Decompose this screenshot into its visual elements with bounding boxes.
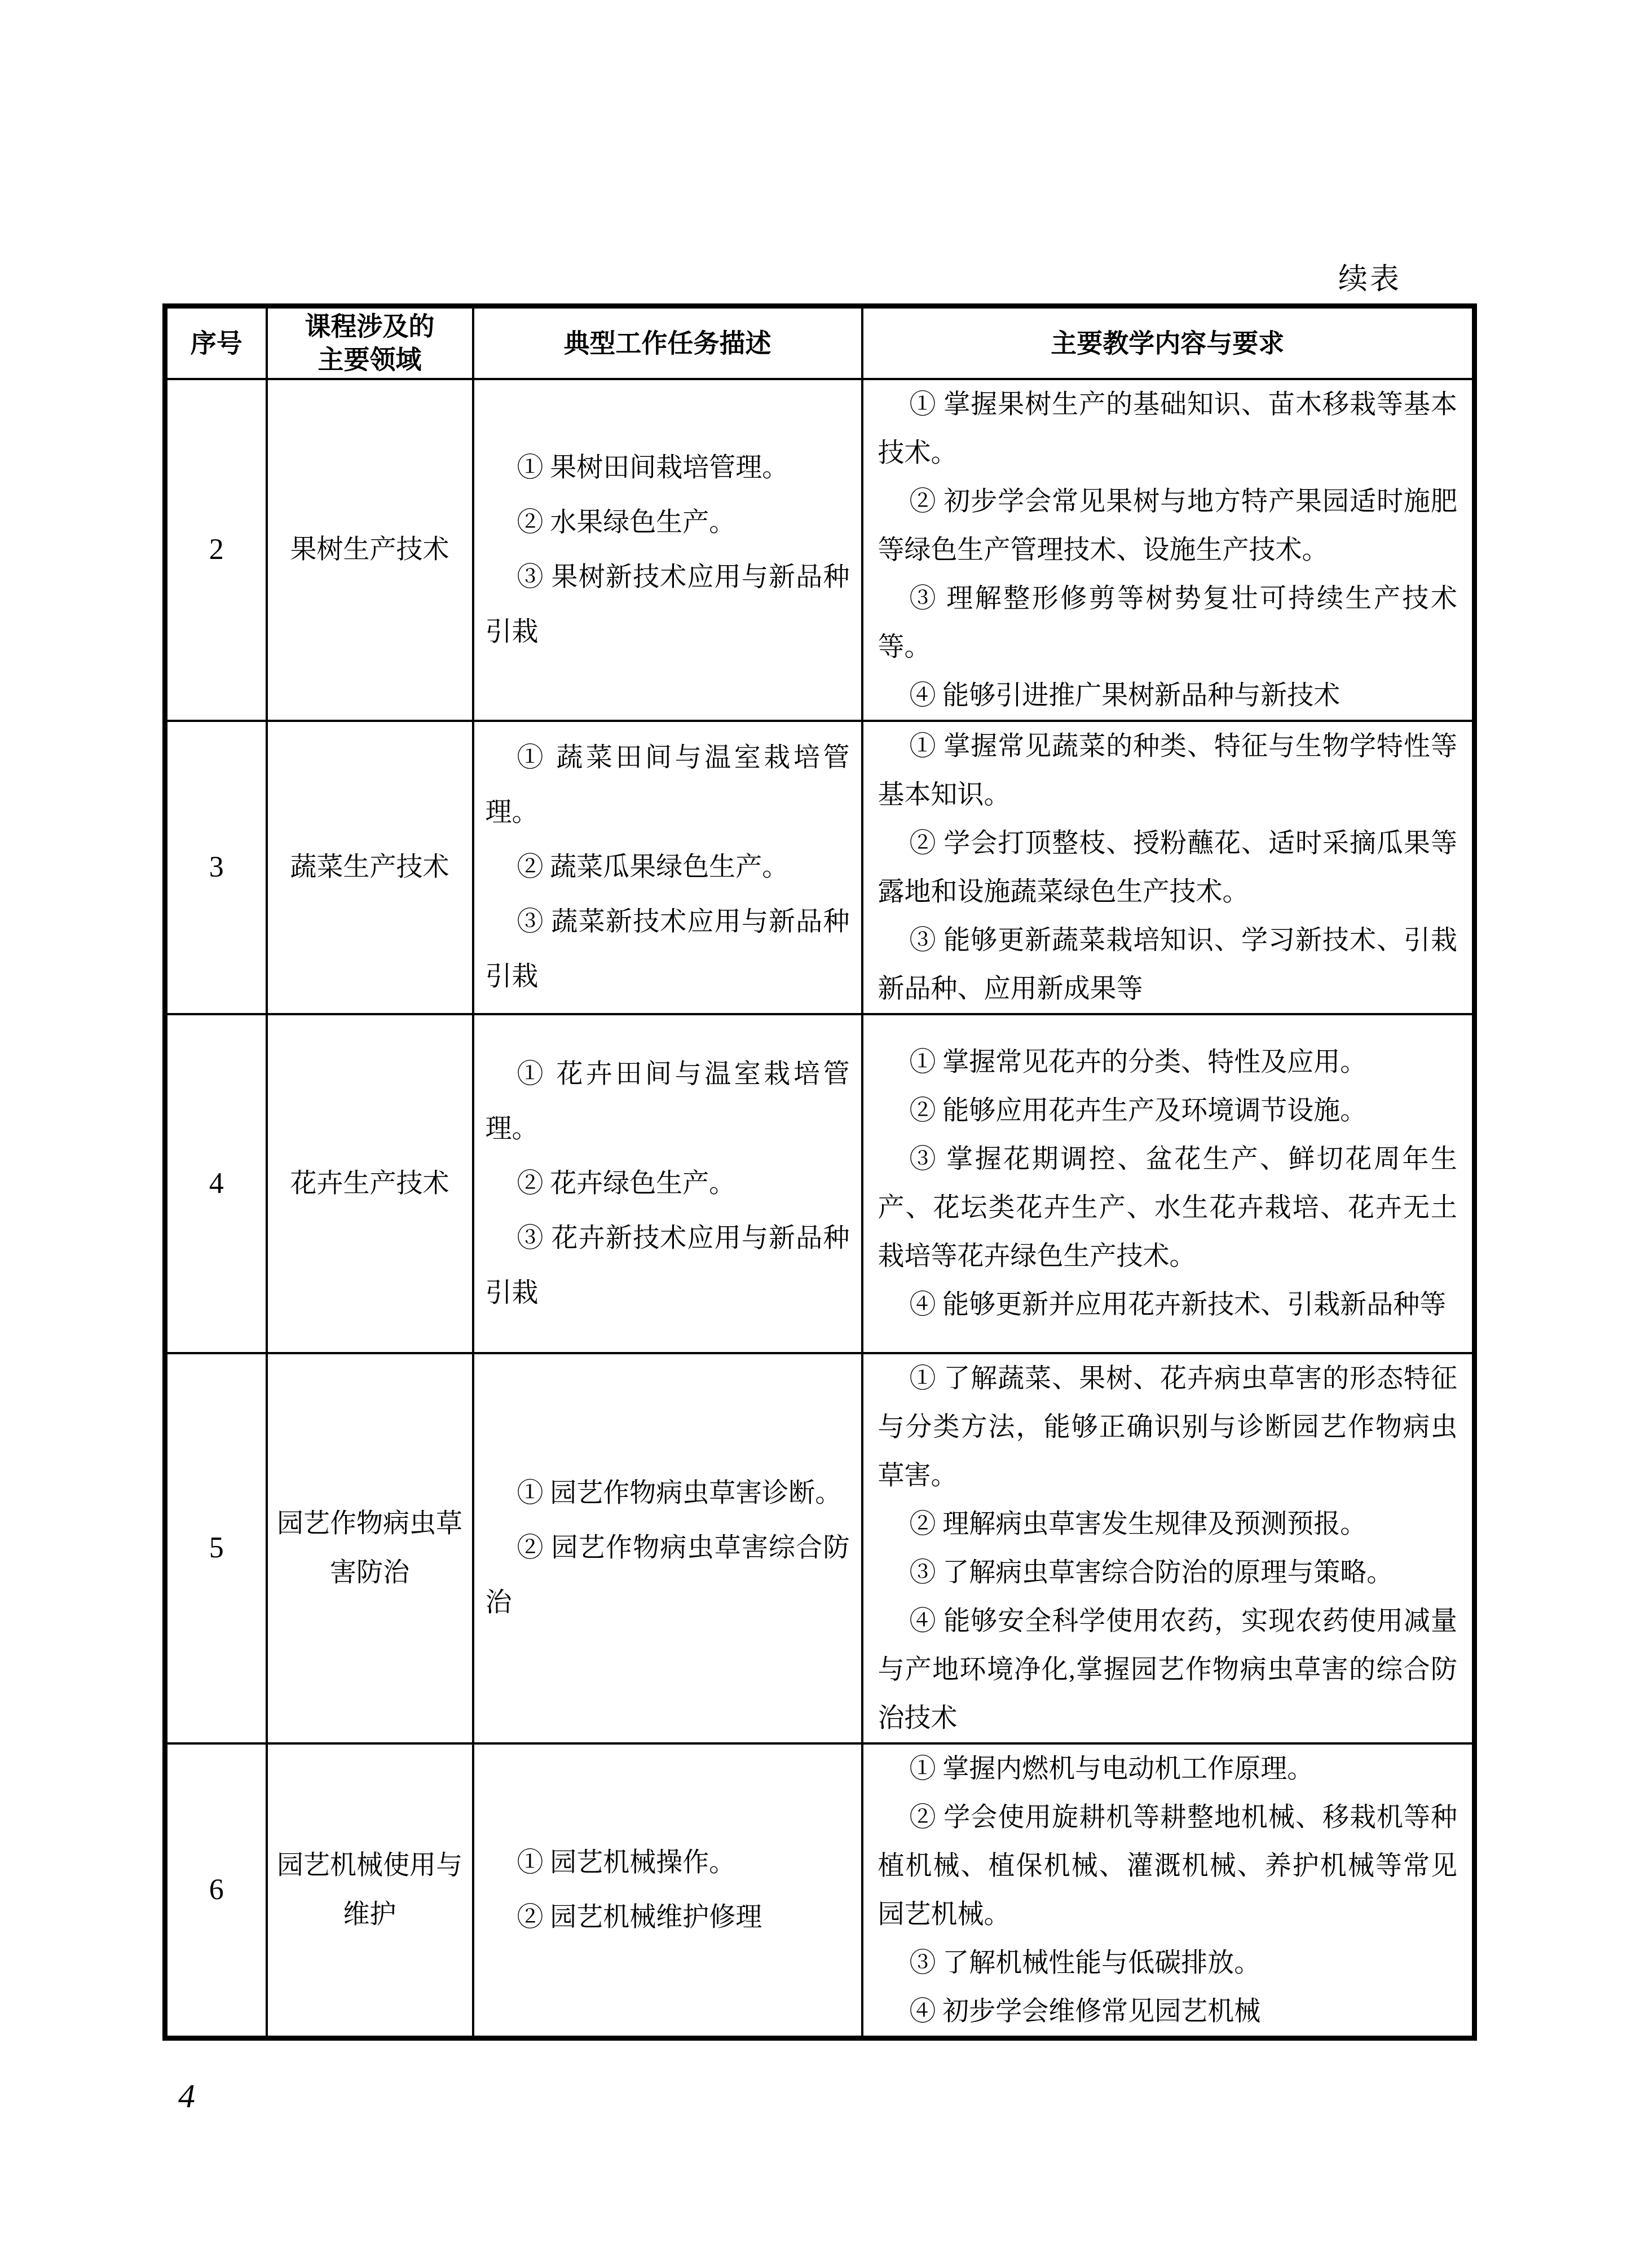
teaching-content-cell: ① 掌握常见蔬菜的种类、特征与生物学特性等基本知识。② 学会打顶整枝、授粉蘸花、… (862, 721, 1475, 1014)
task-item: ① 蔬菜田间与温室栽培管理。 (486, 730, 850, 840)
content-item: ① 掌握内燃机与电动机工作原理。 (878, 1745, 1458, 1793)
content-item: ② 能够应用花卉生产及环境调节设施。 (878, 1086, 1458, 1135)
course-area-cell: 园艺作物病虫草害防治 (267, 1353, 473, 1743)
page-number: 4 (178, 2077, 195, 2116)
content-item: ④ 能够更新并应用花卉新技术、引栽新品种等 (878, 1280, 1458, 1329)
table-header-row: 序号 课程涉及的 主要领域 典型工作任务描述 主要教学内容与要求 (165, 306, 1475, 379)
continuation-note: 续表 (1338, 255, 1401, 297)
content-item: ③ 理解整形修剪等树势复壮可持续生产技术等。 (878, 574, 1458, 671)
task-description-cell: ① 果树田间栽培管理。② 水果绿色生产。③ 果树新技术应用与新品种引栽 (473, 379, 862, 721)
content-item: ③ 能够更新蔬菜栽培知识、学习新技术、引栽新品种、应用新成果等 (878, 916, 1458, 1013)
course-area-cell: 果树生产技术 (267, 379, 473, 721)
content-item: ② 学会使用旋耕机等耕整地机械、移栽机等种植机械、植保机械、灌溉机械、养护机械等… (878, 1793, 1458, 1939)
row-number-cell: 6 (165, 1743, 267, 2038)
course-area-cell: 蔬菜生产技术 (267, 721, 473, 1014)
content-item: ④ 能够安全科学使用农药，实现农药使用减量与产地环境净化,掌握园艺作物病虫草害的… (878, 1597, 1458, 1742)
task-description-cell: ① 花卉田间与温室栽培管理。② 花卉绿色生产。③ 花卉新技术应用与新品种引栽 (473, 1014, 862, 1353)
task-item: ① 园艺机械操作。 (486, 1835, 850, 1890)
table-row: 6园艺机械使用与维护① 园艺机械操作。② 园艺机械维护修理① 掌握内燃机与电动机… (165, 1743, 1475, 2038)
table-row: 3蔬菜生产技术① 蔬菜田间与温室栽培管理。② 蔬菜瓜果绿色生产。③ 蔬菜新技术应… (165, 721, 1475, 1014)
teaching-content-cell: ① 掌握内燃机与电动机工作原理。② 学会使用旋耕机等耕整地机械、移栽机等种植机械… (862, 1743, 1475, 2038)
table-row: 5园艺作物病虫草害防治① 园艺作物病虫草害诊断。② 园艺作物病虫草害综合防治① … (165, 1353, 1475, 1743)
content-item: ① 了解蔬菜、果树、花卉病虫草害的形态特征与分类方法，能够正确识别与诊断园艺作物… (878, 1354, 1458, 1500)
document-page: 续表 序号 课程涉及的 主要领域 典型工作任务描述 主要教学内容与要求 2果树生… (0, 0, 1627, 2268)
task-description-cell: ① 园艺作物病虫草害诊断。② 园艺作物病虫草害综合防治 (473, 1353, 862, 1743)
task-item: ② 水果绿色生产。 (486, 495, 850, 550)
row-number-cell: 4 (165, 1014, 267, 1353)
content-item: ③ 掌握花期调控、盆花生产、鲜切花周年生产、花坛类花卉生产、水生花卉栽培、花卉无… (878, 1135, 1458, 1280)
teaching-content-cell: ① 掌握常见花卉的分类、特性及应用。② 能够应用花卉生产及环境调节设施。③ 掌握… (862, 1014, 1475, 1353)
teaching-content-cell: ① 掌握果树生产的基础知识、苗木移栽等基本技术。② 初步学会常见果树与地方特产果… (862, 379, 1475, 721)
task-description-cell: ① 园艺机械操作。② 园艺机械维护修理 (473, 1743, 862, 2038)
course-area-cell: 园艺机械使用与维护 (267, 1743, 473, 2038)
content-item: ③ 了解病虫草害综合防治的原理与策略。 (878, 1548, 1458, 1597)
content-item: ③ 了解机械性能与低碳排放。 (878, 1939, 1458, 1987)
table-row: 4花卉生产技术① 花卉田间与温室栽培管理。② 花卉绿色生产。③ 花卉新技术应用与… (165, 1014, 1475, 1353)
task-item: ② 园艺作物病虫草害综合防治 (486, 1521, 850, 1630)
task-item: ① 果树田间栽培管理。 (486, 441, 850, 495)
task-item: ② 花卉绿色生产。 (486, 1156, 850, 1211)
task-item: ③ 果树新技术应用与新品种引栽 (486, 550, 850, 659)
row-number-cell: 5 (165, 1353, 267, 1743)
column-header-tasks: 典型工作任务描述 (473, 306, 862, 379)
column-header-contents: 主要教学内容与要求 (862, 306, 1475, 379)
course-area-cell: 花卉生产技术 (267, 1014, 473, 1353)
row-number-cell: 3 (165, 721, 267, 1014)
content-item: ① 掌握常见蔬菜的种类、特征与生物学特性等基本知识。 (878, 722, 1458, 819)
column-header-no: 序号 (165, 306, 267, 379)
task-description-cell: ① 蔬菜田间与温室栽培管理。② 蔬菜瓜果绿色生产。③ 蔬菜新技术应用与新品种引栽 (473, 721, 862, 1014)
content-item: ② 学会打顶整枝、授粉蘸花、适时采摘瓜果等露地和设施蔬菜绿色生产技术。 (878, 819, 1458, 916)
task-item: ③ 蔬菜新技术应用与新品种引栽 (486, 895, 850, 1004)
task-item: ③ 花卉新技术应用与新品种引栽 (486, 1211, 850, 1320)
row-number-cell: 2 (165, 379, 267, 721)
content-item: ① 掌握常见花卉的分类、特性及应用。 (878, 1038, 1458, 1086)
task-item: ① 花卉田间与温室栽培管理。 (486, 1047, 850, 1156)
content-item: ② 初步学会常见果树与地方特产果园适时施肥等绿色生产管理技术、设施生产技术。 (878, 477, 1458, 574)
content-item: ④ 初步学会维修常见园艺机械 (878, 1987, 1458, 2036)
content-item: ① 掌握果树生产的基础知识、苗木移栽等基本技术。 (878, 380, 1458, 477)
content-item: ② 理解病虫草害发生规律及预测预报。 (878, 1500, 1458, 1548)
teaching-content-cell: ① 了解蔬菜、果树、花卉病虫草害的形态特征与分类方法，能够正确识别与诊断园艺作物… (862, 1353, 1475, 1743)
curriculum-table: 序号 课程涉及的 主要领域 典型工作任务描述 主要教学内容与要求 2果树生产技术… (162, 303, 1477, 2041)
task-item: ② 蔬菜瓜果绿色生产。 (486, 840, 850, 895)
task-item: ② 园艺机械维护修理 (486, 1890, 850, 1945)
task-item: ① 园艺作物病虫草害诊断。 (486, 1466, 850, 1521)
table-row: 2果树生产技术① 果树田间栽培管理。② 水果绿色生产。③ 果树新技术应用与新品种… (165, 379, 1475, 721)
column-header-area: 课程涉及的 主要领域 (267, 306, 473, 379)
content-item: ④ 能够引进推广果树新品种与新技术 (878, 671, 1458, 720)
